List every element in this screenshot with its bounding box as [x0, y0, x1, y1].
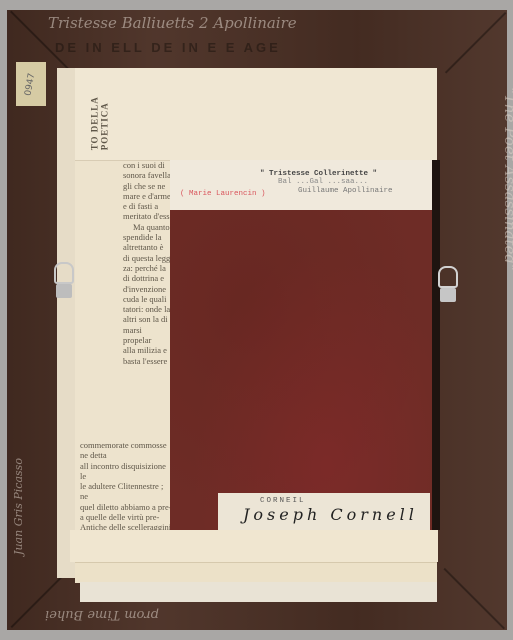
bottom-fold-2 — [75, 562, 437, 583]
frame-left-inscription: Juan Gris Picasso — [12, 458, 25, 555]
newspaper-left-strip — [57, 68, 77, 578]
label-title: " Tristesse Collerinette " — [260, 170, 377, 178]
d-ring-icon — [438, 266, 458, 288]
newspaper-column-lower: commemorate commosse ne detta all incont… — [80, 440, 172, 535]
left-d-ring-hanger — [54, 262, 74, 304]
bottom-fold-3 — [80, 582, 437, 602]
label-author: Guillaume Apollinaire — [298, 187, 393, 195]
newspaper-heading: TO DELLA POETICA — [90, 60, 111, 150]
bottom-fold-1 — [70, 530, 438, 562]
title-label: " Tristesse Collerinette " Bal ...Gal ..… — [170, 160, 432, 211]
newspaper-top-fold — [75, 68, 437, 161]
inventory-tag: 0947 — [23, 65, 38, 96]
frame-top-stencil: DE IN ELL DE IN E E AGE — [55, 40, 281, 55]
printed-name: CORNEIL — [260, 497, 306, 505]
right-d-ring-hanger — [438, 266, 458, 308]
d-ring-icon — [54, 262, 74, 284]
frame-top-inscription: Tristesse Balliuetts 2 Apollinaire — [48, 14, 297, 32]
inventory-tape: 0947 — [16, 62, 46, 106]
frame-right-inscription: "The Poet Assassinated" — [501, 87, 513, 271]
cornell-signature: Joseph Cornell — [243, 505, 418, 524]
label-artist: ( Marie Laurencin ) — [180, 190, 266, 198]
dark-right-edge — [432, 160, 440, 530]
signature-label: CORNEIL Joseph Cornell — [218, 493, 430, 531]
label-subtitle: Bal ...Gal ...saa... — [278, 178, 368, 186]
newspaper-column-upper: con i suoi di sonora favella gli che se … — [123, 160, 171, 368]
frame-bottom-inscription: prom Time Buhei — [45, 607, 159, 622]
red-backing-board — [170, 210, 432, 530]
